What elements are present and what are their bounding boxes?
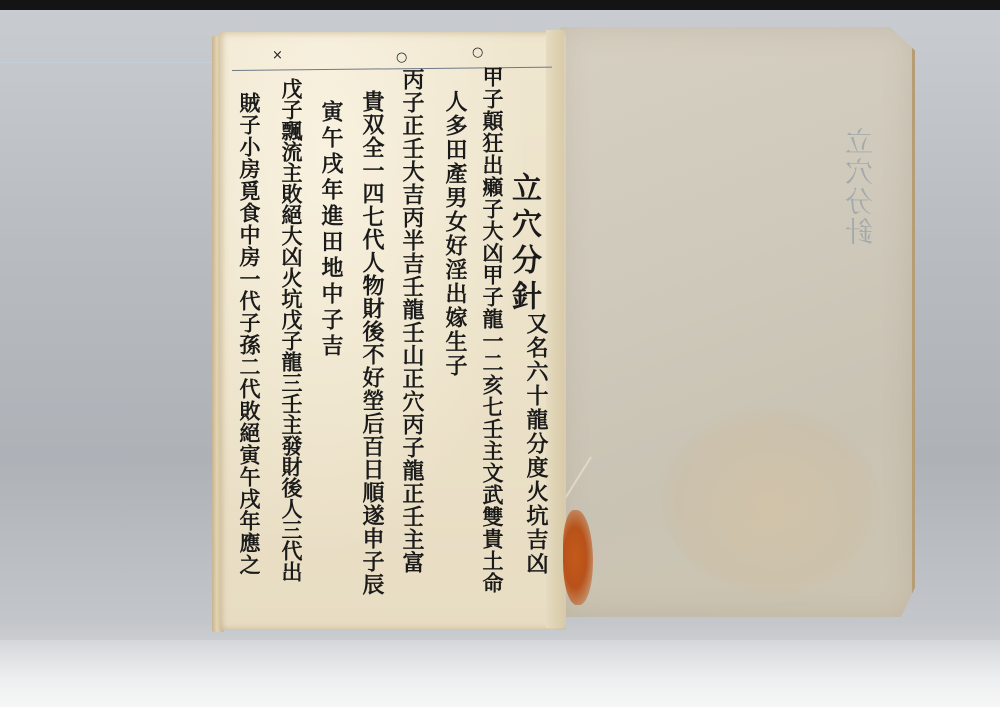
subtitle-column: 又名六十龍分度火坑吉凶 — [524, 312, 548, 576]
annotation-mark-circle: ○ — [396, 50, 407, 65]
text-column-4: 貴双全一四七代人物財後不好塋后百日順遂申子辰 — [358, 90, 386, 596]
open-manuscript: 立穴分針 × ○ ○ 立穴分針 又名六十龍分度火坑吉凶 甲子顛狂出癩子大凶甲子龍… — [0, 0, 1000, 707]
annotation-mark-circle: ○ — [472, 45, 483, 60]
section-title: 立穴分針 — [506, 172, 540, 316]
text-column-6: 戊子飄流主敗絕大凶火坑戊子龍三壬主發財後人三代出 — [277, 78, 305, 582]
bleed-through-title: 立穴分針 — [843, 127, 879, 247]
right-page: 立穴分針 — [560, 27, 915, 617]
text-column-1: 甲子顛狂出癩子大凶甲子龍一二亥七壬主文武雙貴土命 — [478, 66, 506, 594]
text-column-7: 賊子小房覓食中房一代子孫二代敗絕寅午戌年應之 — [235, 92, 263, 576]
left-page — [220, 32, 566, 630]
annotation-mark-x: × — [272, 48, 283, 63]
text-column-2: 人多田產男女好淫出嫁生子 — [440, 90, 470, 378]
text-column-3: 丙子正壬大吉丙半吉壬龍壬山正穴丙子龍正壬主富 — [398, 68, 426, 574]
water-stain — [660, 407, 880, 597]
text-column-5: 寅午戌年進田地中子吉 — [317, 100, 345, 360]
